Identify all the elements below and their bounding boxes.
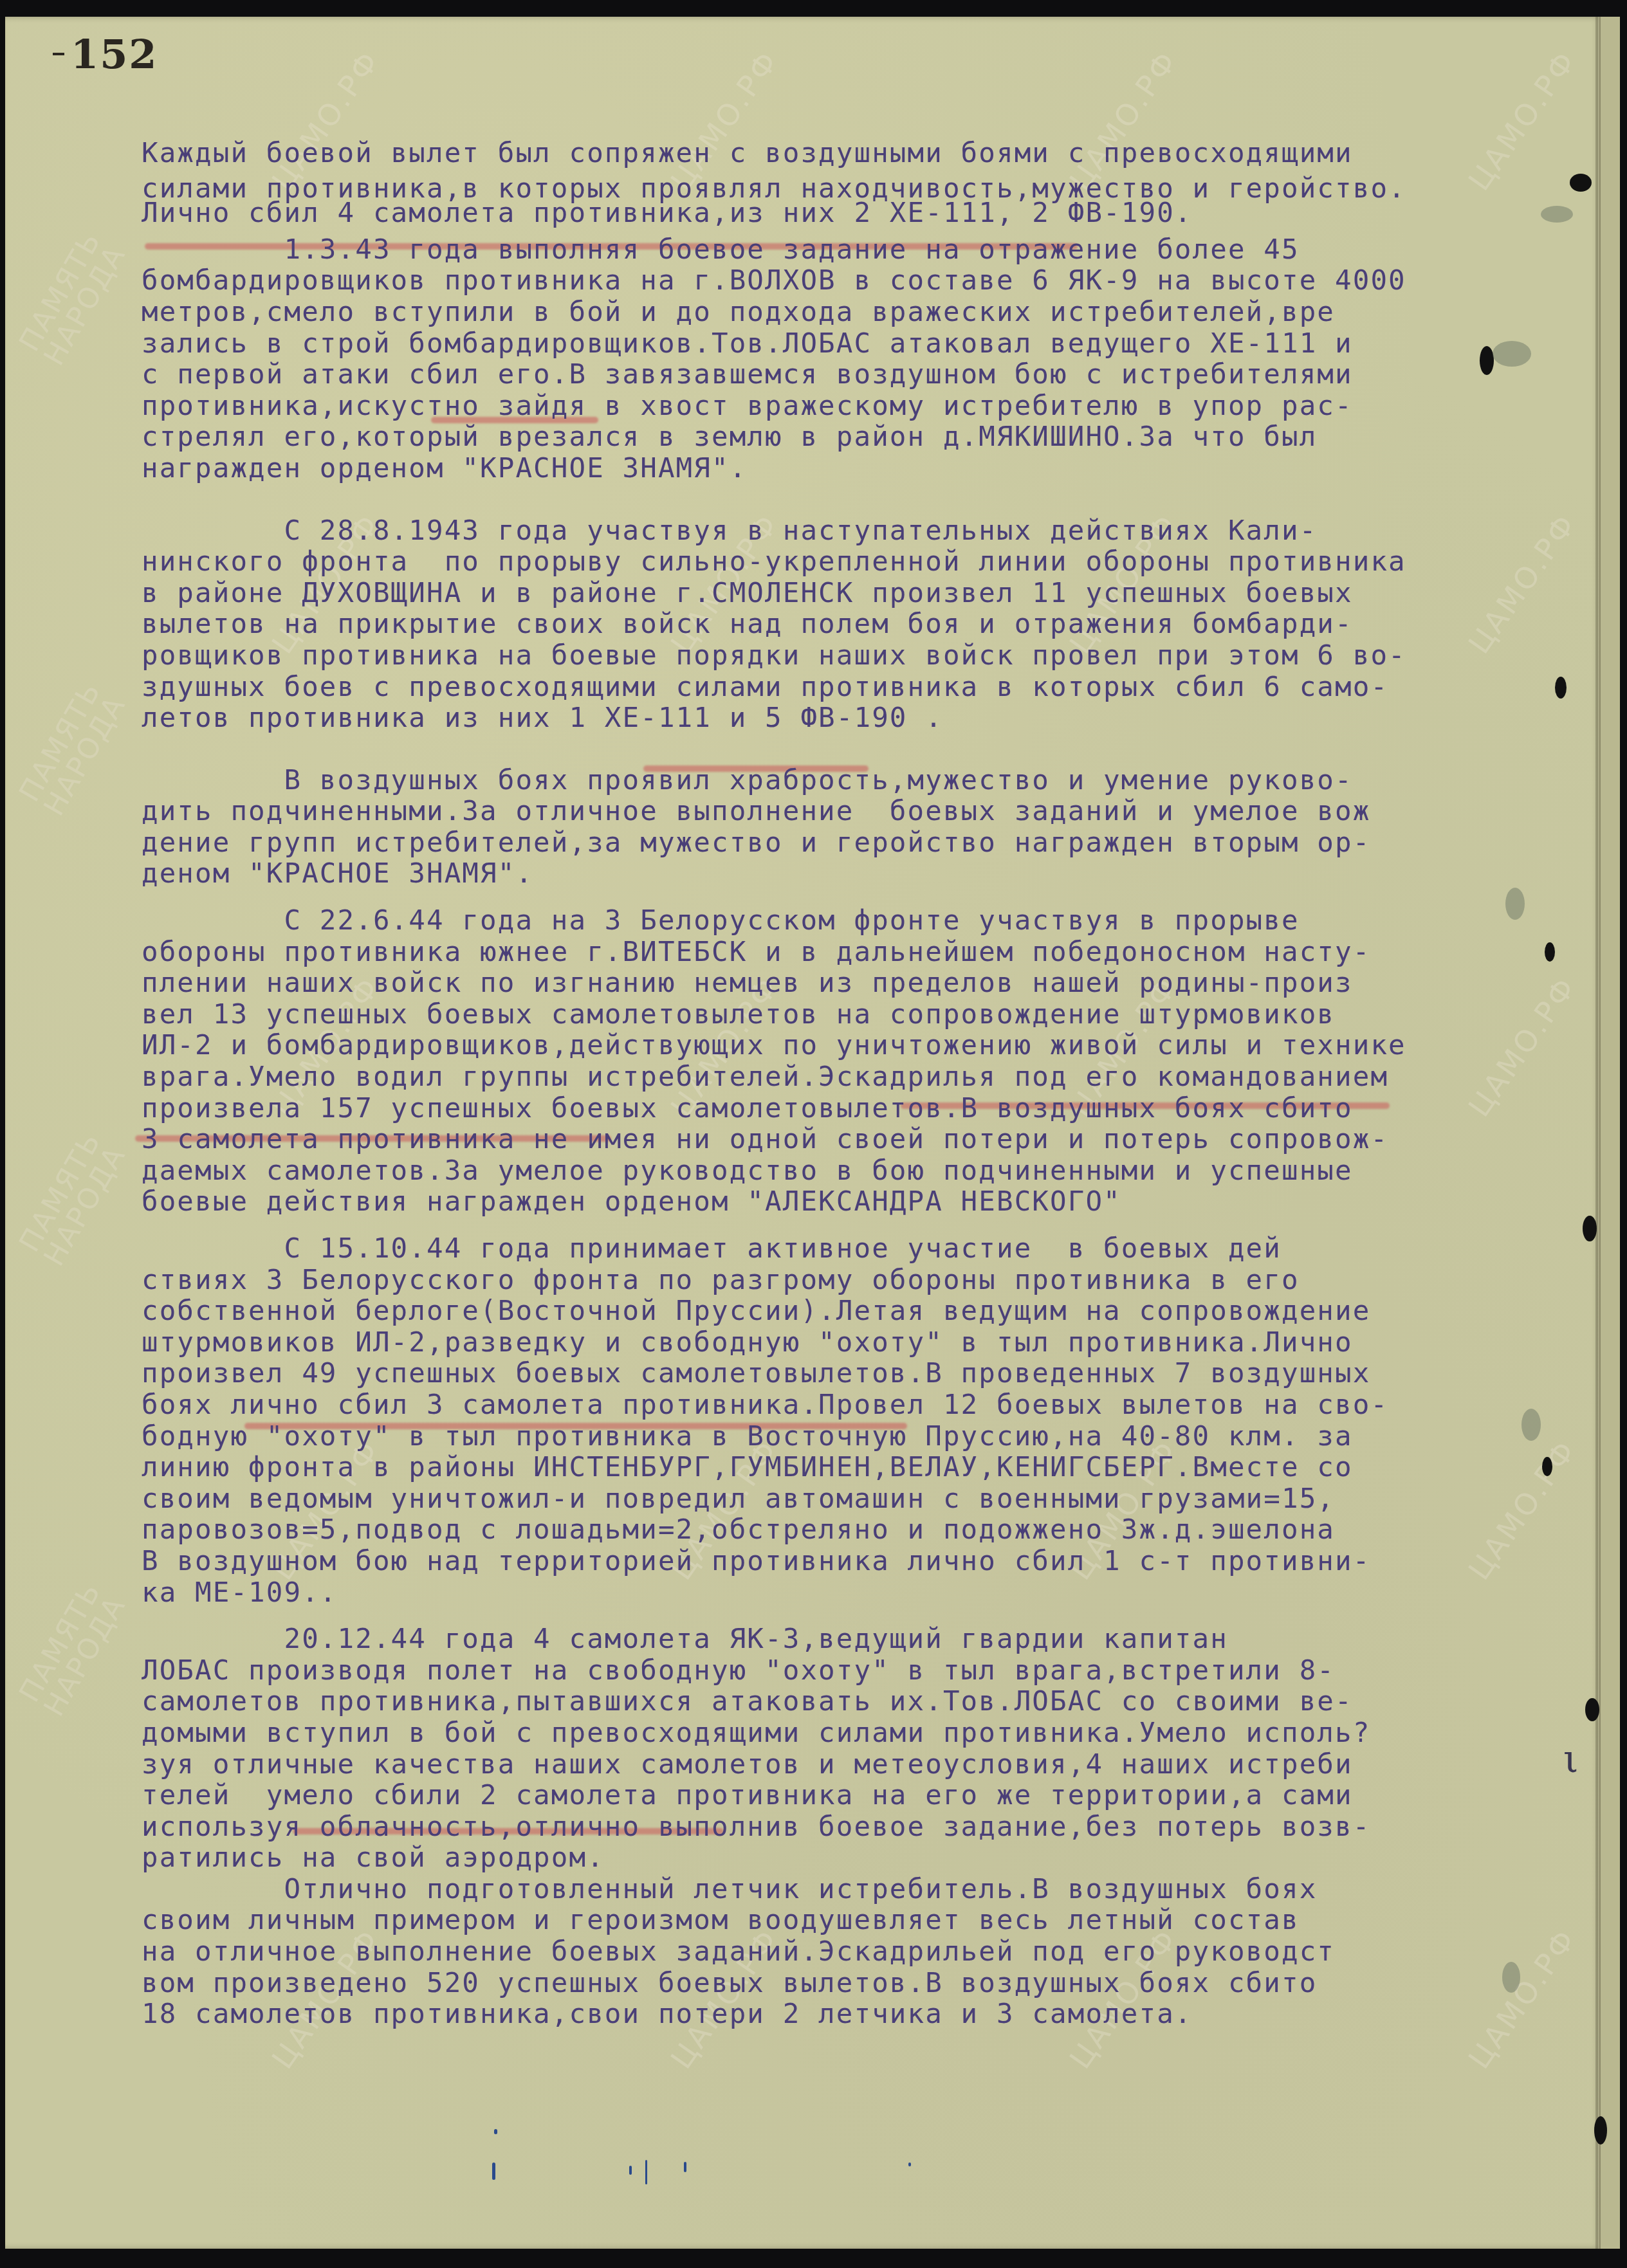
paragraph-free-hunt: 20.12.44 года 4 самолета ЯК-3,ведущий гв… [142,1624,1589,1874]
text-line: противника,искустно зайдя в хвост вражес… [142,391,1589,423]
page-edge-strip [1599,17,1620,2249]
text-line: вел 13 успешных боевых самолетовылетов н… [142,1000,1589,1031]
text-line: здушных боев с превосходящими силами про… [142,672,1589,704]
text-line: С 15.10.44 года принимает активное участ… [142,1234,1589,1265]
paragraph-second-red-banner: В воздушных боях проявил храбрость,мужес… [142,765,1589,890]
text-line: награжден орденом "КРАСНОЕ ЗНАМЯ". [142,453,1589,485]
ink-mark [492,2163,495,2180]
document-body: Каждый боевой вылет был сопряжен с возду… [142,138,1589,2031]
text-line: линию фронта в районы ИНСТЕНБУРГ,ГУМБИНЕ… [142,1452,1589,1484]
text-line: стрелял его,который врезался в землю в р… [142,422,1589,453]
text-line: ИЛ-2 и бомбардировщиков,действующих по у… [142,1030,1589,1062]
text-line: вылетов на прикрытие своих войск над пол… [142,609,1589,641]
text-line: С 22.6.44 года на 3 Белорусском фронте у… [142,906,1589,937]
page-number: 152 [71,31,158,78]
text-line: штурмовиков ИЛ-2,разведку и свободную "о… [142,1328,1589,1359]
text-line: на отличное выполнение боевых заданий.Эс… [142,1937,1589,1968]
text-line: В воздушном бою над территорией противни… [142,1546,1589,1578]
page-fold-line [1595,17,1598,2249]
text-line: паровозов=5,подвод с лошадьми=2,обстреля… [142,1515,1589,1546]
text-line: бомбардировщиков противника на г.ВОЛХОВ … [142,266,1589,297]
paragraph-combat-summary: Каждый боевой вылет был сопряжен с возду… [142,138,1589,230]
text-line: деном "КРАСНОЕ ЗНАМЯ". [142,859,1589,890]
text-line: собственной берлоге(Восточной Пруссии).Л… [142,1296,1589,1328]
paragraph-east-prussia: С 15.10.44 года принимает активное участ… [142,1234,1589,1609]
text-line: метров,смело вступили в бой и до подхода… [142,297,1589,329]
text-line: нинского фронта по прорыву сильно-укрепл… [142,547,1589,578]
text-line: в районе ДУХОВЩИНА и в районе г.СМОЛЕНСК… [142,578,1589,610]
text-line: ЛОБАС производя полет на свободную "охот… [142,1656,1589,1687]
text-line: Отлично подготовленный летчик истребител… [142,1874,1589,1906]
text-line: самолетов противника,пытавшихся атаковат… [142,1687,1589,1718]
paragraph-belorussian-front: С 22.6.44 года на 3 Белорусском фронте у… [142,906,1589,1218]
ink-mark [908,2163,911,2166]
text-line: вом произведено 520 успешных боевых выле… [142,1968,1589,2000]
text-line: 3 самолета противника не имея ни одной с… [142,1124,1589,1156]
text-line: ка МЕ-109.. [142,1578,1589,1609]
paragraph-conclusion: Отлично подготовленный летчик истребител… [142,1874,1589,2031]
text-line: ратились на свой аэродром. [142,1843,1589,1874]
text-line: В воздушных боях проявил храбрость,мужес… [142,765,1589,797]
text-line: ствиях 3 Белорусского фронта по разгрому… [142,1265,1589,1297]
text-line: боях лично сбил 3 самолета противника.Пр… [142,1390,1589,1422]
ink-mark [645,2160,647,2184]
ink-mark [684,2162,686,2172]
text-line: произвел 49 успешных боевых самолетовыле… [142,1358,1589,1390]
text-line: телей умело сбили 2 самолета противника … [142,1780,1589,1812]
text-line: 20.12.44 года 4 самолета ЯК-3,ведущий гв… [142,1624,1589,1656]
text-line: ровщиков противника на боевые порядки на… [142,641,1589,672]
text-line: домыми вступил в бой с превосходящими си… [142,1718,1589,1750]
text-line: своим ведомым уничтожил-и повредил автом… [142,1484,1589,1515]
paragraph-kalinin-front: С 28.8.1943 года участвуя в наступательн… [142,516,1589,735]
text-line: бодную "охоту" в тыл противника в Восточ… [142,1422,1589,1453]
ink-mark [494,2129,497,2134]
text-line: с первой атаки сбил его.В завязавшемся в… [142,360,1589,391]
text-line: С 28.8.1943 года участвуя в наступательн… [142,516,1589,547]
text-line: 18 самолетов противника,свои потери 2 ле… [142,1999,1589,2031]
punch-hole [1594,2116,1607,2145]
text-line: используя облачность,отлично выполнив бо… [142,1812,1589,1843]
paragraph-volkhov-battle: 1.3.43 года выполняя боевое задание на о… [142,235,1589,485]
text-line: зались в строй бомбардировщиков.Тов.ЛОБА… [142,329,1589,360]
text-line: обороны противника южнее г.ВИТЕБСК и в д… [142,937,1589,969]
text-line: произвела 157 успешных боевых самолетовы… [142,1093,1589,1125]
text-line: плении наших войск по изгнанию немцев из… [142,968,1589,1000]
ink-mark [629,2166,632,2175]
text-line: 1.3.43 года выполняя боевое задание на о… [142,235,1589,266]
text-line: даемых самолетов.За умелое руководство в… [142,1156,1589,1187]
text-line: Каждый боевой вылет был сопряжен с возду… [142,138,1589,170]
text-line: летов противника из них 1 ХЕ-111 и 5 ФВ-… [142,703,1589,735]
text-line: врага.Умело водил группы истребителей.Эс… [142,1062,1589,1093]
text-line: боевые действия награжден орденом "АЛЕКС… [142,1187,1589,1218]
text-line: дение групп истребителей,за мужество и г… [142,828,1589,859]
text-line: зуя отличные качества наших самолетов и … [142,1750,1589,1781]
text-line: дить подчиненными.За отличное выполнение… [142,796,1589,828]
text-line: своим личным примером и героизмом воодуш… [142,1905,1589,1937]
